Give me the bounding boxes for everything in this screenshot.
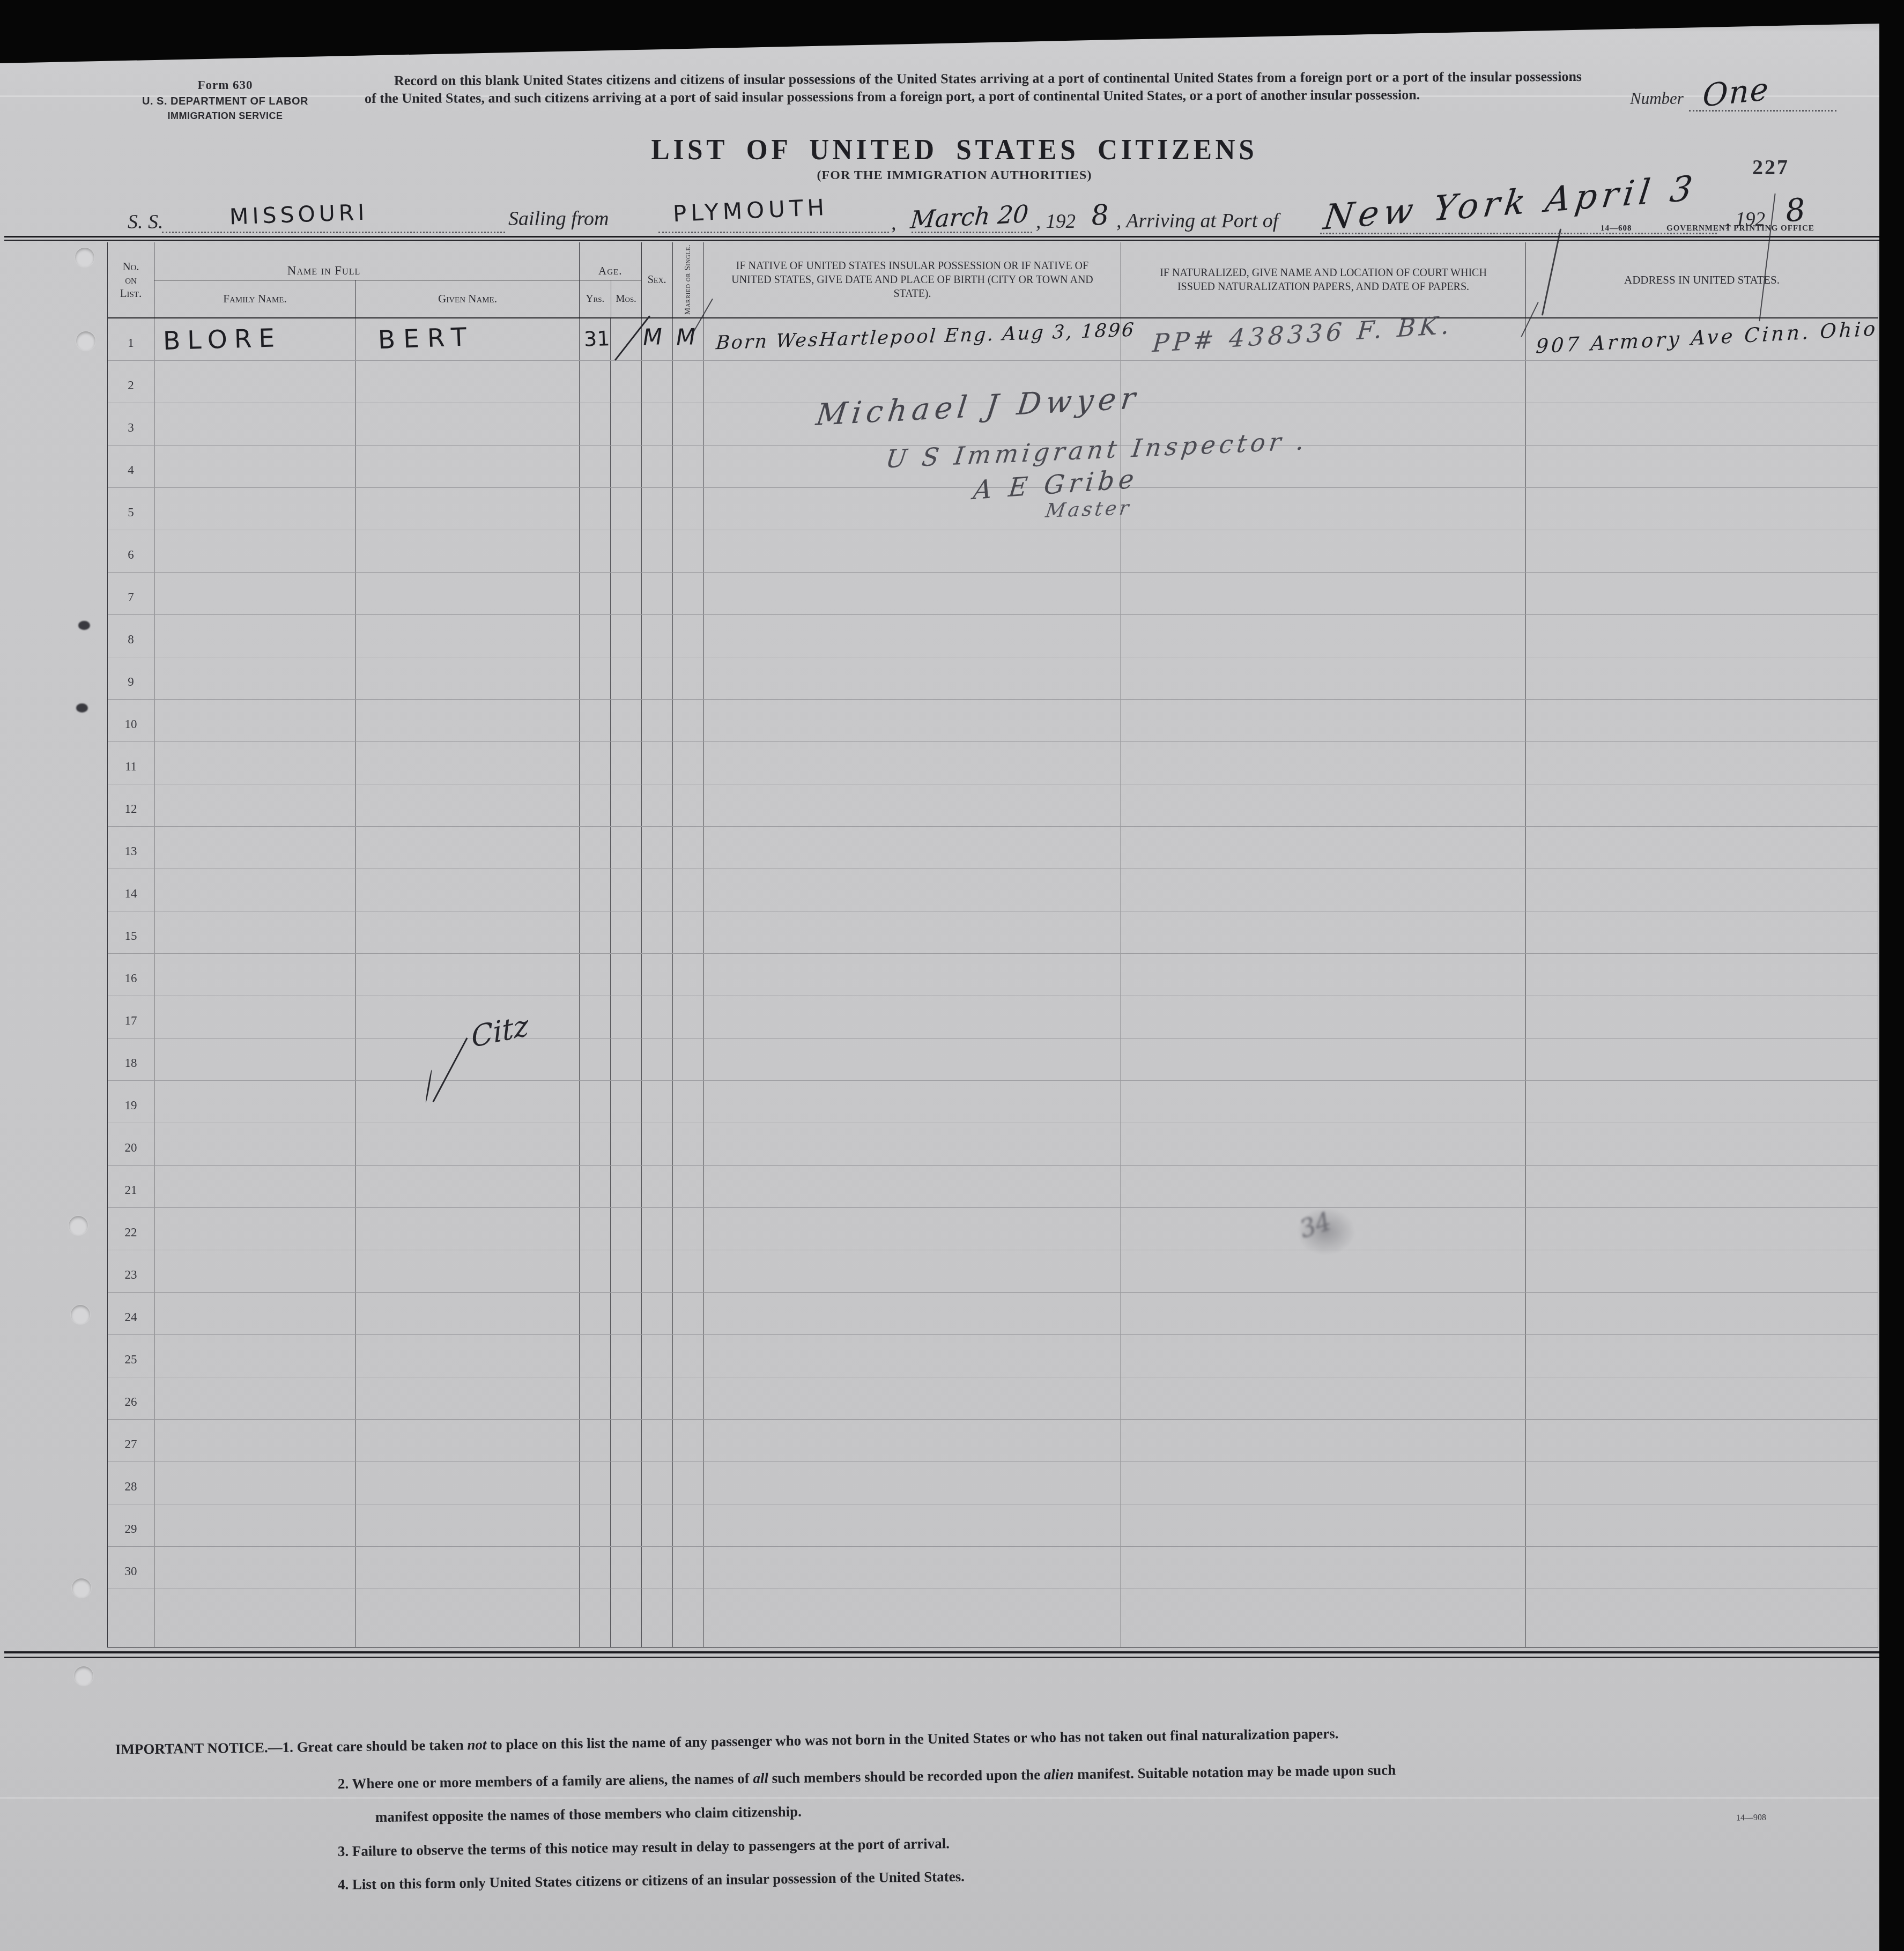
cell-birth (704, 1038, 1121, 1080)
header-no-line: on (125, 273, 137, 287)
cell-address (1526, 1208, 1878, 1250)
cell-family (154, 1081, 355, 1123)
cell-mos (611, 318, 642, 360)
row-number: 12 (108, 784, 154, 826)
cell-address (1526, 1420, 1878, 1462)
header-address: ADDRESS IN UNITED STATES. (1526, 242, 1878, 317)
cell-address (1526, 1462, 1878, 1504)
table-row: 23 (108, 1250, 1878, 1293)
notice-segment: IMPORTANT NOTICE.—1. (115, 1739, 293, 1757)
cell-married (673, 1335, 704, 1377)
value-given: BERT (377, 322, 475, 355)
cell-family (154, 911, 355, 953)
header-no-on-list: No. on List. (108, 242, 154, 317)
cell-birth (704, 1335, 1121, 1377)
row-number: 8 (108, 615, 154, 657)
cell-sex (642, 700, 673, 741)
row-number: 10 (108, 700, 154, 741)
row-number: 30 (108, 1547, 154, 1589)
row-number: 15 (108, 911, 154, 953)
cell-married (673, 742, 704, 784)
cell-address (1526, 1250, 1878, 1292)
cell-birth (704, 1081, 1121, 1123)
cell-given (355, 784, 580, 826)
vessel-name-handwritten: MISSOURI (229, 199, 368, 230)
header-sex: Sex. (641, 242, 672, 317)
ss-label: S. S. (128, 210, 164, 234)
cell-birth (704, 1377, 1121, 1419)
cell-sex (642, 573, 673, 614)
punch-hole (75, 248, 94, 267)
sailing-year-digit-handwritten: 8 (1090, 199, 1110, 232)
cell-married (673, 1462, 704, 1504)
header-name-in-full: Name in Full (154, 242, 579, 280)
top-rule (4, 236, 1879, 238)
cell-sex (642, 446, 673, 487)
cell-family (154, 573, 355, 614)
cell-yrs: 31 (580, 318, 611, 360)
row-number: 29 (108, 1504, 154, 1546)
cell-mos (611, 827, 642, 869)
table-row: 21 (108, 1166, 1878, 1208)
row-number: 17 (108, 996, 154, 1038)
cell-mos (611, 615, 642, 657)
port-dotted-line (658, 232, 889, 233)
punch-hole (71, 1305, 90, 1324)
row-number: 23 (108, 1250, 154, 1292)
cell-yrs (580, 1335, 611, 1377)
notice-segment: Great care should be taken (293, 1737, 468, 1755)
table-row: 30 (108, 1547, 1878, 1589)
cell-sex (642, 1166, 673, 1207)
notice-segment: not (467, 1737, 486, 1753)
bottom-rule (4, 1651, 1879, 1653)
cell-address (1526, 1335, 1878, 1377)
cell-given (355, 1038, 580, 1080)
cell-yrs (580, 784, 611, 826)
cell-married (673, 1208, 704, 1250)
cell-married (673, 784, 704, 826)
table-row: 8 (108, 615, 1878, 657)
table-row: 9 (108, 657, 1878, 700)
cell-sex (642, 488, 673, 530)
cell-sex (642, 1293, 673, 1334)
row-number: 27 (108, 1420, 154, 1462)
table-row: 18 (108, 1038, 1878, 1081)
cell-address (1526, 657, 1878, 699)
cell-family (154, 700, 355, 741)
cell-naturalization (1121, 827, 1526, 869)
cell-address (1526, 446, 1878, 487)
cell-mos (611, 530, 642, 572)
cell-address (1526, 488, 1878, 530)
value-married: M (676, 323, 696, 350)
table-row: 17 (108, 996, 1878, 1038)
cell-family (154, 1293, 355, 1334)
cell-mos (611, 1293, 642, 1334)
cell-family (154, 1420, 355, 1462)
table-row: 28 (108, 1462, 1878, 1504)
footer-code: 14—908 (1736, 1813, 1766, 1823)
cell-married (673, 1038, 704, 1080)
cell-birth (704, 657, 1121, 699)
cell-sex (642, 403, 673, 445)
form-number: Form 630 (134, 78, 316, 92)
cell-married (673, 361, 704, 403)
cell-naturalization (1121, 1166, 1526, 1207)
row-number: 2 (108, 361, 154, 403)
notice-segment: alien (1044, 1766, 1074, 1783)
table-row: 20 (108, 1123, 1878, 1166)
table-filler-row (108, 1589, 1878, 1648)
table-row: 14 (108, 869, 1878, 911)
cell-yrs (580, 869, 611, 911)
cell-yrs (580, 615, 611, 657)
notice-segment: all (753, 1770, 768, 1786)
row-number: 28 (108, 1462, 154, 1504)
cell-given (355, 827, 580, 869)
cell-married (673, 530, 704, 572)
cell-birth (704, 1208, 1121, 1250)
cell-naturalization (1121, 361, 1526, 403)
cell-given (355, 403, 580, 445)
cell-sex (642, 1335, 673, 1377)
header-no-line: List. (120, 287, 142, 300)
cell-sex (642, 1462, 673, 1504)
date-dotted-line (912, 232, 1032, 233)
cell-family: BLORE (154, 318, 355, 360)
cell-birth (704, 1293, 1121, 1334)
cell-sex (642, 954, 673, 996)
arriving-label: , Arriving at Port of (1116, 209, 1278, 233)
cell-mos (611, 784, 642, 826)
cell-mos (611, 446, 642, 487)
cell-mos (611, 1123, 642, 1165)
cell-mos (611, 869, 642, 911)
cell-yrs (580, 530, 611, 572)
cell-mos (611, 911, 642, 953)
row-number: 24 (108, 1293, 154, 1334)
cell-family (154, 615, 355, 657)
cell-address: 907 Armory Ave Cinn. Ohio (1526, 318, 1878, 360)
table-row: 13 (108, 827, 1878, 869)
form-id-block: Form 630 U. S. DEPARTMENT OF LABOR IMMIG… (134, 78, 316, 122)
cell-family (154, 869, 355, 911)
cell-married: M (673, 318, 704, 360)
cell-mos (611, 361, 642, 403)
cell-birth (704, 1504, 1121, 1546)
header-mos: Mos. (611, 280, 641, 317)
table-row: 16 (108, 954, 1878, 996)
cell-married (673, 615, 704, 657)
row-number: 3 (108, 403, 154, 445)
cell-sex (642, 742, 673, 784)
cell-given (355, 869, 580, 911)
cell-yrs (580, 403, 611, 445)
cell-given (355, 954, 580, 996)
cell-yrs (580, 911, 611, 953)
cell-sex (642, 615, 673, 657)
cell-birth (704, 530, 1121, 572)
header-yrs: Yrs. (580, 280, 611, 317)
cell-married (673, 869, 704, 911)
cell-yrs (580, 954, 611, 996)
cell-family (154, 446, 355, 487)
cell-married (673, 488, 704, 530)
row-number: 6 (108, 530, 154, 572)
cell-mos (611, 1335, 642, 1377)
cell-mos (611, 1462, 642, 1504)
cell-given (355, 1166, 580, 1207)
cell-yrs (580, 1547, 611, 1589)
cell-birth (704, 1166, 1121, 1207)
cell-given (355, 488, 580, 530)
cell-given (355, 530, 580, 572)
cell-given (355, 615, 580, 657)
cell-address (1526, 1377, 1878, 1419)
cell-married (673, 403, 704, 445)
cell-birth (704, 1462, 1121, 1504)
table-row: 25 (108, 1335, 1878, 1377)
cell-birth (704, 742, 1121, 784)
cell-sex (642, 361, 673, 403)
service-name: IMMIGRATION SERVICE (134, 110, 316, 122)
cell-yrs (580, 1250, 611, 1292)
cell-mos (611, 1166, 642, 1207)
table-row: 26 (108, 1377, 1878, 1420)
cell-naturalization (1121, 1504, 1526, 1546)
cell-family (154, 530, 355, 572)
cell-married (673, 954, 704, 996)
row-number: 26 (108, 1377, 154, 1419)
instructions-text: Record on this blank United States citiz… (365, 68, 1582, 107)
cell-naturalization (1121, 615, 1526, 657)
header-age: Age. (580, 242, 641, 280)
cell-given (355, 742, 580, 784)
cell-married (673, 827, 704, 869)
cell-birth (704, 996, 1121, 1038)
cell-address (1526, 1504, 1878, 1546)
row-number: 19 (108, 1081, 154, 1123)
cell-family (154, 1547, 355, 1589)
cell-naturalization (1121, 530, 1526, 572)
value-family: BLORE (162, 323, 281, 356)
cell-married (673, 657, 704, 699)
cell-address (1526, 996, 1878, 1038)
row-number: 14 (108, 869, 154, 911)
scanned-manifest-page: Form 630 U. S. DEPARTMENT OF LABOR IMMIG… (0, 0, 1904, 1951)
cell-married (673, 446, 704, 487)
printing-office-label: GOVERNMENT PRINTING OFFICE (1666, 224, 1814, 233)
cell-sex (642, 1547, 673, 1589)
cell-sex (642, 1420, 673, 1462)
cell-naturalization (1121, 657, 1526, 699)
cell-family (154, 1504, 355, 1546)
row-number: 13 (108, 827, 154, 869)
cell-sex: M (642, 318, 673, 360)
cell-address (1526, 1123, 1878, 1165)
cell-address (1526, 827, 1878, 869)
row-number: 4 (108, 446, 154, 487)
cell-sex (642, 784, 673, 826)
cell-yrs (580, 1504, 611, 1546)
ink-dot (78, 621, 90, 630)
table-row: 10 (108, 700, 1878, 742)
cell-family (154, 361, 355, 403)
cell-yrs (580, 700, 611, 741)
cell-mos (611, 1038, 642, 1080)
punch-hole (76, 331, 95, 351)
cell-naturalization (1121, 954, 1526, 996)
table-row: 7 (108, 573, 1878, 615)
cell-yrs (580, 1293, 611, 1334)
cell-naturalization (1121, 1462, 1526, 1504)
cell-married (673, 1166, 704, 1207)
cell-yrs (580, 573, 611, 614)
cell-family (154, 784, 355, 826)
row-number: 21 (108, 1166, 154, 1207)
cell-address (1526, 403, 1878, 445)
cell-given (355, 1547, 580, 1589)
row-number: 18 (108, 1038, 154, 1080)
cell-sex (642, 911, 673, 953)
cell-naturalization (1121, 1377, 1526, 1419)
cell-address (1526, 869, 1878, 911)
cell-married (673, 1081, 704, 1123)
cell-birth (704, 1547, 1121, 1589)
cell-sex (642, 996, 673, 1038)
cell-given (355, 996, 580, 1038)
sailing-from-label: Sailing from (508, 207, 609, 231)
cell-mos (611, 1377, 642, 1419)
header-name-group: Name in Full Family Name. Given Name. (154, 242, 580, 317)
cell-yrs (580, 996, 611, 1038)
cell-family (154, 1377, 355, 1419)
header-family-name: Family Name. (154, 280, 355, 317)
cell-given (355, 1377, 580, 1419)
cell-yrs (580, 742, 611, 784)
cell-naturalization (1121, 1038, 1526, 1080)
cell-given (355, 1081, 580, 1123)
cell-mos (611, 1547, 642, 1589)
cell-naturalization (1121, 700, 1526, 741)
cell-naturalization (1121, 1293, 1526, 1334)
cell-yrs (580, 1377, 611, 1419)
cell-married (673, 1420, 704, 1462)
cell-given (355, 1208, 580, 1250)
cell-birth (704, 615, 1121, 657)
cell-given (355, 1293, 580, 1334)
cell-birth (704, 573, 1121, 614)
row-number: 5 (108, 488, 154, 530)
cell-naturalization (1121, 1420, 1526, 1462)
arrival-year-digit-handwritten: 8 (1784, 191, 1807, 229)
cell-family (154, 403, 355, 445)
top-rule-2 (4, 240, 1879, 241)
cell-naturalization (1121, 488, 1526, 530)
cell-given: BERT (355, 318, 580, 360)
cell-yrs (580, 1166, 611, 1207)
cell-mos (611, 1250, 642, 1292)
cell-family (154, 742, 355, 784)
cell-married (673, 573, 704, 614)
row-number: 16 (108, 954, 154, 996)
cell-family (154, 657, 355, 699)
table-row: 22 (108, 1208, 1878, 1250)
cell-address (1526, 361, 1878, 403)
cell-mos (611, 573, 642, 614)
number-label: Number (1630, 89, 1684, 108)
cell-yrs (580, 1462, 611, 1504)
cell-given (355, 700, 580, 741)
cell-birth (704, 1123, 1121, 1165)
cell-naturalization (1121, 1335, 1526, 1377)
notice-segment: manifest. Suitable notation may be made … (1073, 1762, 1396, 1782)
cell-birth: Born WesHartlepool Eng. Aug 3, 1896 (704, 318, 1121, 360)
cell-married (673, 996, 704, 1038)
cell-yrs (580, 1038, 611, 1080)
cell-given (355, 361, 580, 403)
cell-address (1526, 954, 1878, 996)
cell-mos (611, 488, 642, 530)
header-age-sex-group: Age. Yrs. Mos. Sex. Married or Single. (580, 242, 704, 317)
cell-given (355, 1420, 580, 1462)
cell-family (154, 827, 355, 869)
value-yrs: 31 (583, 327, 610, 351)
notice-segment: such members should be recorded upon the (768, 1767, 1044, 1786)
cell-family (154, 1335, 355, 1377)
vessel-dotted-line (162, 232, 505, 233)
cell-naturalization (1121, 573, 1526, 614)
page-stamp: 227 (1752, 154, 1789, 180)
cell-mos (611, 700, 642, 741)
cell-family (154, 1208, 355, 1250)
cell-address (1526, 1081, 1878, 1123)
cell-address (1526, 784, 1878, 826)
row-number: 1 (108, 318, 154, 360)
cell-mos (611, 742, 642, 784)
cell-family (154, 488, 355, 530)
cell-sex (642, 1377, 673, 1419)
table-row: 27 (108, 1420, 1878, 1462)
cell-address (1526, 1166, 1878, 1207)
cell-sex (642, 1504, 673, 1546)
cell-yrs (580, 1123, 611, 1165)
cell-given (355, 573, 580, 614)
row-number: 9 (108, 657, 154, 699)
cell-birth (704, 1420, 1121, 1462)
table-row: 15 (108, 911, 1878, 954)
cell-given (355, 1123, 580, 1165)
cell-sex (642, 1208, 673, 1250)
cell-given (355, 1504, 580, 1546)
cell-family (154, 996, 355, 1038)
value-sex: M (642, 323, 663, 350)
printing-office-line: 14—608 GOVERNMENT PRINTING OFFICE (1601, 224, 1814, 233)
cell-married (673, 1250, 704, 1292)
cell-yrs (580, 361, 611, 403)
header-given-name: Given Name. (355, 280, 579, 317)
cell-naturalization (1121, 1547, 1526, 1589)
cell-married (673, 1547, 704, 1589)
cell-mos (611, 996, 642, 1038)
cell-address (1526, 1547, 1878, 1589)
cell-mos (611, 657, 642, 699)
cell-naturalization (1121, 742, 1526, 784)
cell-family (154, 954, 355, 996)
form-title: LIST OF UNITED STATES CITIZENS (624, 133, 1286, 166)
cell-naturalization: PP# 438336 F. BK. (1121, 318, 1526, 360)
